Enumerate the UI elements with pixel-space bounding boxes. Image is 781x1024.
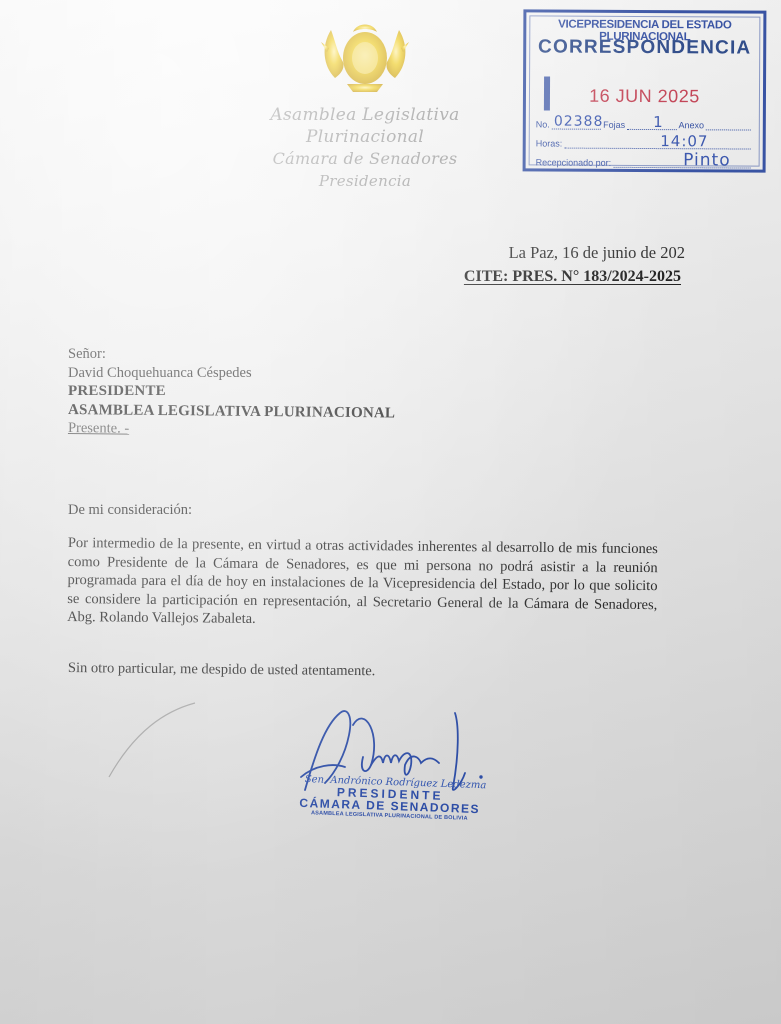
signature-block: Sen. Andrónico Rodríguez Ledezma PRESIDE…: [285, 695, 505, 855]
letter-page: Asamblea Legislativa Plurinacional Cámar…: [0, 0, 781, 1024]
closing-line: Sin otro particular, me despido de usted…: [68, 660, 376, 680]
coat-of-arms-icon: [317, 18, 413, 94]
stamp-row-hours: Horas: 14:07: [536, 135, 753, 149]
stamp-horas-label: Horas:: [536, 138, 563, 148]
letterhead-assembly: Asamblea Legislativa Plurinacional: [210, 104, 520, 148]
stamp-date: 16 JUN 2025: [526, 85, 763, 107]
recipient-salutation: Señor:: [68, 345, 395, 364]
stamp-row-number: No. 02388 Fojas 1 Anexo: [536, 116, 753, 130]
letterhead-office: Presidencia: [210, 170, 520, 192]
stamp-fojas-value: 1: [653, 115, 664, 130]
stamp-horas-value: 14:07: [660, 134, 708, 149]
cite-reference: CITE: PRES. N° 183/2024-2025: [464, 268, 681, 286]
letterhead-chamber: Cámara de Senadores: [210, 148, 520, 170]
stamp-anexo-label: Anexo: [678, 120, 704, 130]
stamp-fojas-label: Fojas: [603, 120, 625, 130]
place-and-date: La Paz, 16 de junio de 202: [509, 243, 685, 263]
recipient-presente: Presente. -: [68, 419, 395, 441]
letterhead: Asamblea Legislativa Plurinacional Cámar…: [210, 18, 520, 192]
stamp-title: CORRESPONDENCIA: [526, 36, 763, 59]
recipient-role: PRESIDENTE: [68, 382, 395, 401]
stamp-received-value: Pinto: [683, 153, 731, 168]
stamp-no-label: No.: [536, 119, 550, 129]
stamp-received-label: Recepcionado por:: [536, 157, 612, 167]
body-paragraph: Por intermedio de la presente, en virtud…: [67, 534, 658, 633]
signature-seal: Sen. Andrónico Rodríguez Ledezma PRESIDE…: [284, 773, 495, 823]
stamp-no-value: 02388: [554, 115, 604, 130]
recipient-block: Señor: David Choquehuanca Céspedes PRESI…: [68, 345, 395, 438]
greeting: De mi consideración:: [68, 502, 192, 519]
stamp-row-received-by: Recepcionado por: Pinto: [536, 154, 753, 168]
correspondence-stamp: VICEPRESIDENCIA DEL ESTADO PLURINACIONAL…: [523, 9, 767, 172]
recipient-name: David Choquehuanca Céspedes: [68, 364, 395, 383]
pencil-mark: [95, 695, 205, 785]
